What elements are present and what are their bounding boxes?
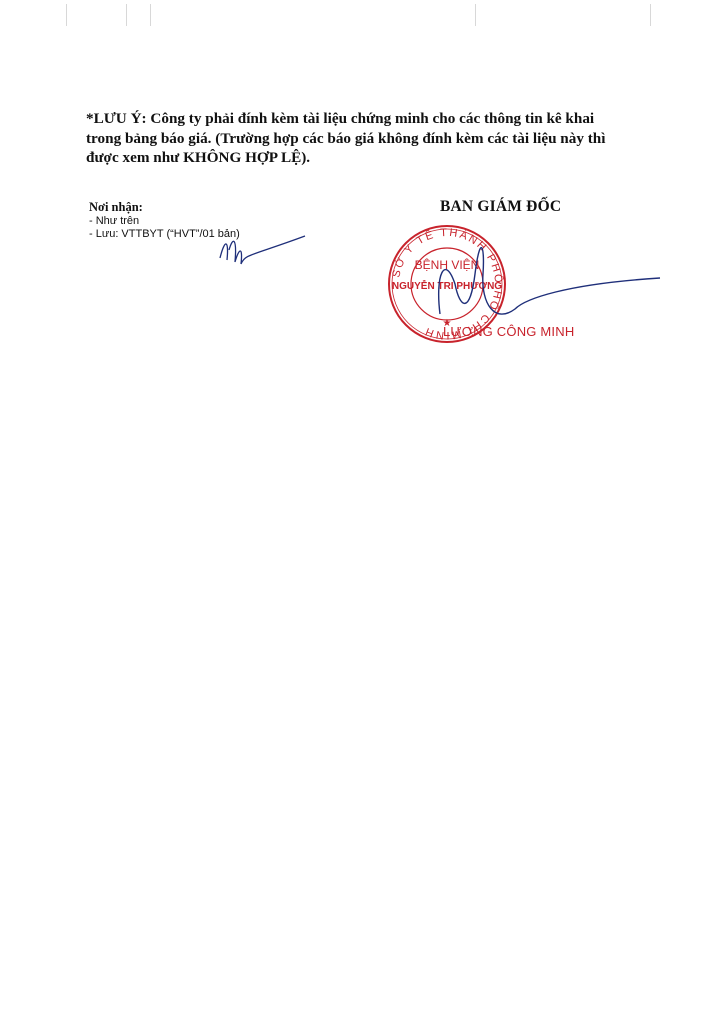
svg-text:NGUYỄN TRI PHƯƠNG: NGUYỄN TRI PHƯƠNG — [392, 279, 502, 292]
signer-name: LƯƠNG CÔNG MINH — [443, 324, 574, 339]
notice-paragraph: *LƯU Ý: Công ty phải đính kèm tài liệu c… — [86, 109, 626, 168]
initials-signature-icon — [215, 228, 310, 273]
scan-edge-marks — [0, 0, 724, 34]
recipients-title: Nơi nhận: — [89, 201, 240, 215]
recipient-line: - Như trên — [89, 215, 240, 229]
